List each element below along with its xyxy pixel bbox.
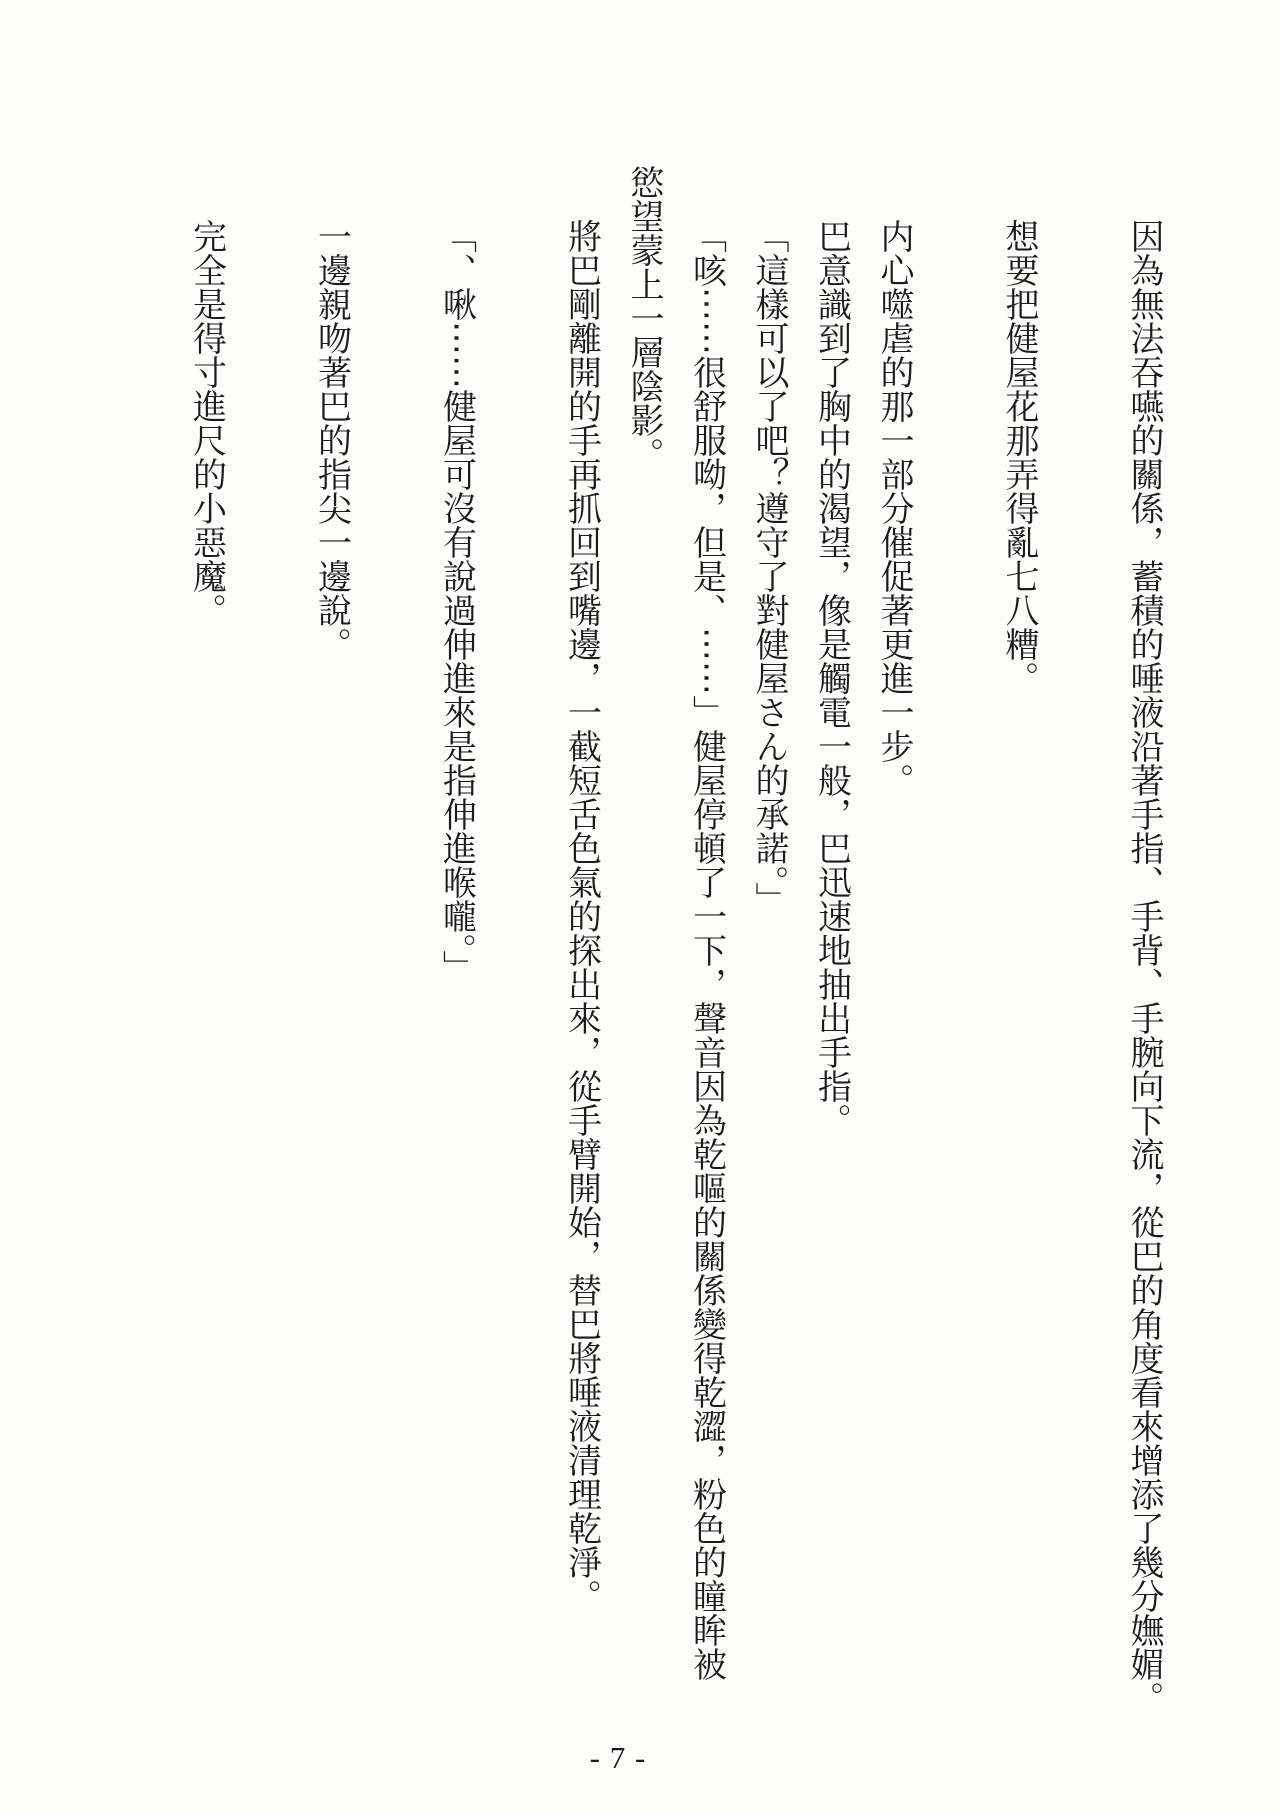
paragraph-4: 巴意識到了胸中的渴望，像是觸電一般，巴迅速地抽出手指。 (799, 165, 862, 1695)
novel-page: 因為無法吞嚥的關係，蓄積的唾液沿著手指、手背、手腕向下流，從巴的角度看來增添了幾… (0, 0, 1280, 1813)
paragraph-5: 「這樣可以了吧？遵守了對健屋さん的承諾。」 (737, 165, 800, 1695)
paragraph-7: 將巴剛離開的手再抓回到嘴邊，一截短舌色氣的探出來，從手臂開始，替巴將唾液清理乾淨… (549, 165, 612, 1695)
paragraph-9: 一邊親吻著巴的指尖一邊說。 (299, 165, 362, 1695)
page-number: - 7 - (0, 1740, 1236, 1776)
paragraph-3: 内心噬虐的那一部分催促著更進一步。 (862, 165, 925, 1695)
paragraph-2: 想要把健屋花那弄得亂七八糟。 (987, 165, 1050, 1695)
paragraph-6: 「咳⋯⋯很舒服呦，但是、⋯⋯」健屋停頓了一下，聲音因為乾嘔的關係變得乾澀，粉色的… (612, 165, 737, 1695)
paragraph-1: 因為無法吞嚥的關係，蓄積的唾液沿著手指、手背、手腕向下流，從巴的角度看來增添了幾… (1112, 165, 1175, 1731)
paragraph-8: 「、啾⋯⋯健屋可沒有說過伸進來是指伸進喉嚨。」 (424, 165, 487, 1695)
paragraph-10: 完全是得寸進尺的小惡魔。 (174, 165, 237, 1695)
vertical-text-block: 因為無法吞嚥的關係，蓄積的唾液沿著手指、手背、手腕向下流，從巴的角度看來增添了幾… (174, 165, 1174, 1731)
